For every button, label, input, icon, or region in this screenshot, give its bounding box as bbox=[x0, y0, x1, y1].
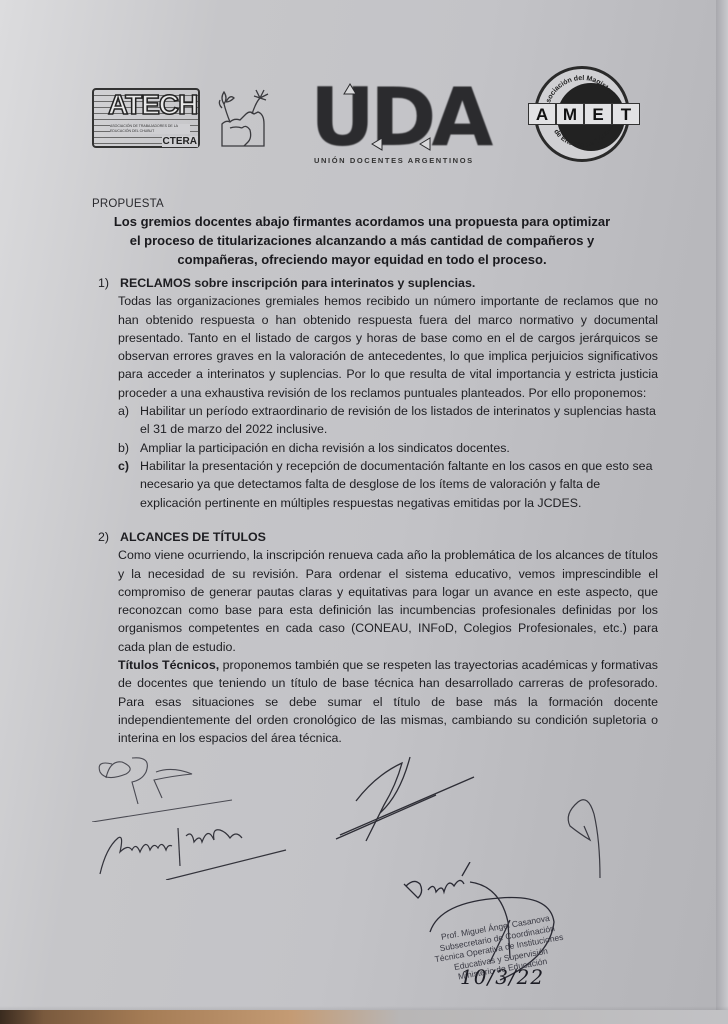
atech-name: ATECH bbox=[108, 91, 197, 119]
proposal-list: a) Habilitar un período extraordinario d… bbox=[118, 402, 658, 512]
table-surface bbox=[0, 1010, 728, 1024]
amet-letters: A M E T bbox=[528, 103, 640, 125]
section-number: 1) bbox=[98, 274, 120, 292]
tree-emblem-icon bbox=[216, 84, 272, 150]
section-subparagraph: Títulos Técnicos, proponemos también que… bbox=[118, 656, 658, 747]
list-marker: c) bbox=[118, 457, 140, 512]
svg-text:de Enseñanza Técnica: de Enseñanza Técnica bbox=[552, 122, 615, 149]
section-number: 2) bbox=[98, 528, 120, 546]
list-item: b) Ampliar la participación en dicha rev… bbox=[118, 439, 658, 457]
document-label: PROPUESTA bbox=[92, 198, 164, 210]
atech-affiliation: CTERA bbox=[162, 136, 198, 147]
list-text: Ampliar la participación en dicha revisi… bbox=[140, 439, 658, 457]
list-item: c) Habilitar la presentación y recepción… bbox=[118, 457, 658, 512]
list-marker: a) bbox=[118, 402, 140, 439]
amet-letter: M bbox=[556, 103, 584, 125]
list-text: Habilitar la presentación y recepción de… bbox=[140, 457, 658, 512]
section-title: ALCANCES DE TÍTULOS bbox=[120, 528, 266, 546]
atech-subtitle: ASOCIACIÓN DE TRABAJADORES DE LA EDUCACI… bbox=[110, 124, 190, 134]
list-text: Habilitar un período extraordinario de r… bbox=[140, 402, 658, 439]
document-page: ATECH ASOCIACIÓN DE TRABAJADORES DE LA E… bbox=[0, 0, 716, 1010]
section-heading: 2) ALCANCES DE TÍTULOS bbox=[98, 528, 658, 546]
uda-subtitle: UNIÓN DOCENTES ARGENTINOS bbox=[314, 156, 474, 165]
section-title: RECLAMOS sobre inscripción para interina… bbox=[120, 274, 475, 292]
signature-3 bbox=[326, 755, 476, 845]
pencil-tip-icon bbox=[310, 78, 480, 158]
atech-logo: ATECH ASOCIACIÓN DE TRABAJADORES DE LA E… bbox=[92, 88, 202, 150]
sub-heading: Títulos Técnicos, bbox=[118, 658, 219, 672]
list-marker: b) bbox=[118, 439, 140, 457]
list-item: a) Habilitar un período extraordinario d… bbox=[118, 402, 658, 439]
amet-letter: A bbox=[528, 103, 556, 125]
section-alcances: 2) ALCANCES DE TÍTULOS Como viene ocurri… bbox=[98, 528, 658, 748]
section-paragraph: Todas las organizaciones gremiales hemos… bbox=[118, 292, 658, 402]
amet-letter: E bbox=[584, 103, 612, 125]
section-paragraph: Como viene ocurriendo, la inscripción re… bbox=[118, 546, 658, 656]
section-reclamos: 1) RECLAMOS sobre inscripción para inter… bbox=[98, 274, 658, 512]
amet-logo: Asociación del Magisterio de Enseñanza T… bbox=[528, 66, 640, 164]
amet-letter: T bbox=[612, 103, 640, 125]
signature-2 bbox=[96, 808, 296, 880]
handwritten-date: 10/3/22 bbox=[460, 965, 544, 989]
document-intro: Los gremios docentes abajo firmantes aco… bbox=[112, 212, 612, 269]
section-heading: 1) RECLAMOS sobre inscripción para inter… bbox=[98, 274, 658, 292]
uda-logo: UDA UNIÓN DOCENTES ARGENTINOS bbox=[310, 78, 480, 168]
page-edge bbox=[716, 0, 728, 1024]
